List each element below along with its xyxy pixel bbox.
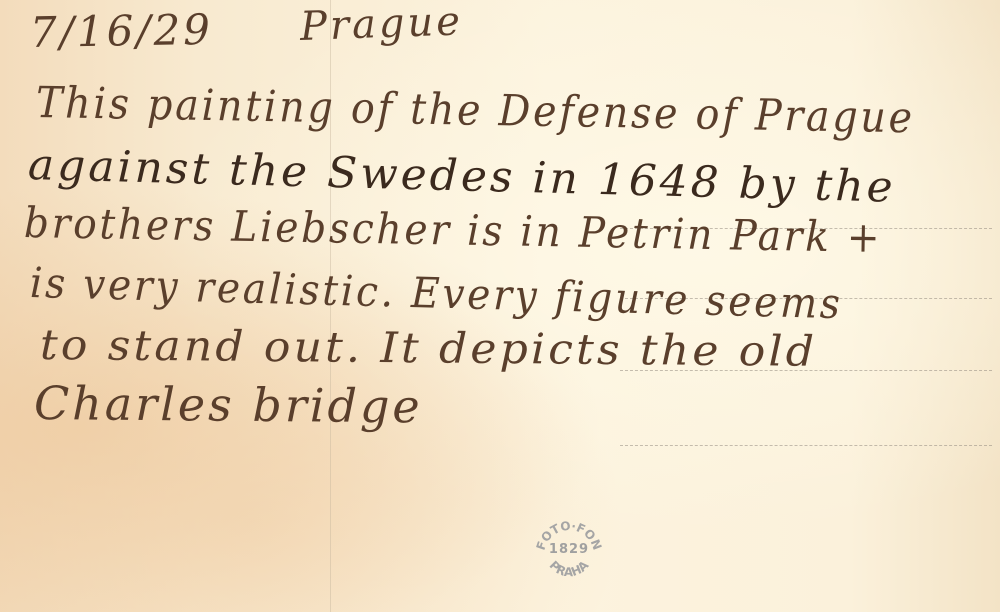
- postcard-back: 7/16/29 Prague This painting of the Defe…: [0, 0, 1000, 612]
- handwritten-line-1: This painting of the Defense of Prague: [36, 78, 916, 143]
- stamp-bottom-text: PRAHA: [547, 558, 592, 580]
- svg-text:PRAHA: PRAHA: [547, 558, 592, 580]
- handwritten-line-6: Charles bridge: [34, 376, 423, 433]
- address-line-4: [620, 445, 992, 446]
- handwritten-place: Prague: [299, 0, 463, 50]
- stamp-year: 1829: [534, 542, 604, 557]
- handwritten-line-5: to stand out. It depicts the old: [40, 320, 818, 376]
- handwritten-date: 7/16/29: [30, 5, 214, 57]
- handwritten-line-4: is very realistic. Every figure seems: [29, 258, 843, 328]
- photographer-stamp: FOTO·FON PRAHA 1829: [534, 517, 604, 587]
